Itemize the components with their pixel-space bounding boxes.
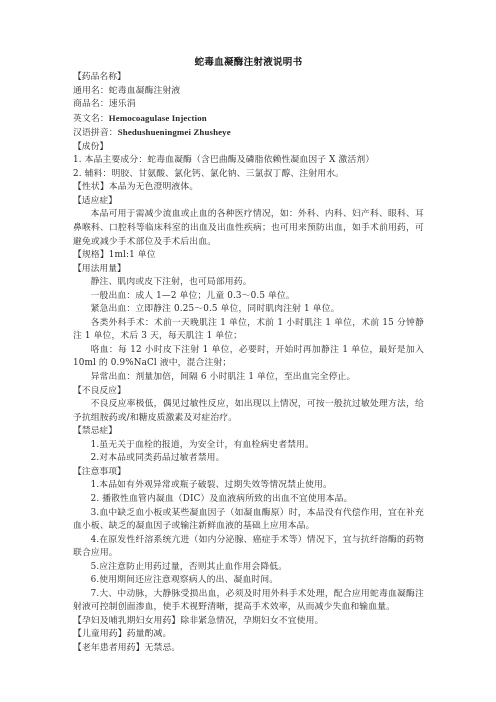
description-text: 本品为无色澄明液体。 <box>109 182 198 192</box>
description-row: 【性状】本品为无色澄明液体。 <box>73 181 424 195</box>
section-heading-contraindications: 【禁忌症】 <box>73 425 424 439</box>
specification-text: 1ml:1 单位 <box>109 250 156 260</box>
precaution-item: 2. 播散性血管内凝血（DIC）及血液病所致的出血不宜使用本品。 <box>73 493 424 507</box>
section-heading-specification: 【规格】 <box>73 250 109 260</box>
precaution-item: 7.大、中动脉，大静脉受损出血，必须及时用外科手术处理，配合应用蛇毒血凝酶注射液… <box>73 588 424 615</box>
pediatric-row: 【儿童用药】药量酌减。 <box>73 628 424 642</box>
adverse-reactions-text: 不良反应率极低，偶见过敏性反应，如出现以上情况，可按一般抗过敏处理方法，给予抗组… <box>73 398 424 425</box>
pinyin-name-value: Shedushueningmei Zhusheye <box>118 127 231 137</box>
trade-name-label: 商品名： <box>73 99 109 109</box>
contraindication-item: 1.虽无关于血栓的报道，为安全计，有血栓病史者禁用。 <box>73 439 424 453</box>
section-heading-adverse-reactions: 【不良反应】 <box>73 385 424 399</box>
pinyin-name-label: 汉语拼音： <box>73 128 118 138</box>
specification-row: 【规格】1ml:1 单位 <box>73 249 424 263</box>
pregnancy-text: 除非紧急情况，孕期妇女不宜使用。 <box>180 616 323 626</box>
dosage-paragraph: 一般出血：成人 1—2 单位；儿童 0.3～0.5 单位。 <box>73 290 424 304</box>
section-heading-description: 【性状】 <box>73 182 109 192</box>
pregnancy-row: 【孕妇及哺乳期妇女用药】除非紧急情况，孕期妇女不宜使用。 <box>73 615 424 629</box>
document-title: 蛇毒血凝酶注射液说明书 <box>73 56 424 70</box>
precaution-item: 5.应注意防止用药过量，否则其止血作用会降低。 <box>73 561 424 575</box>
precaution-item: 4.在原发性纤溶系统亢进（如内分泌腺、癌症手术等）情况下，宜与抗纤溶酶的药物联合… <box>73 534 424 561</box>
contraindication-item: 2.对本品或同类药品过敏者禁用。 <box>73 452 424 466</box>
section-heading-indications: 【适应症】 <box>73 195 424 209</box>
dosage-paragraph: 静注、肌肉或皮下注射，也可局部用药。 <box>73 276 424 290</box>
english-name-label: 英文名： <box>73 114 109 124</box>
generic-name-label: 通用名： <box>73 86 109 96</box>
english-name-row: 英文名：Hemocoagulase Injection <box>73 112 424 127</box>
dosage-paragraph: 各类外科手术：术前一天晚肌注 1 单位，术前 1 小时肌注 1 单位，术前 15… <box>73 317 424 344</box>
dosage-paragraph: 异常出血：剂量加倍，间隔 6 小时肌注 1 单位，至出血完全停止。 <box>73 371 424 385</box>
precaution-item: 6.使用期间还应注意观察病人的出、凝血时间。 <box>73 574 424 588</box>
pinyin-name-row: 汉语拼音：Shedushueningmei Zhusheye <box>73 126 424 141</box>
section-heading-geriatric: 【老年患者用药】 <box>73 643 145 653</box>
section-heading-dosage: 【用法用量】 <box>73 263 424 277</box>
section-heading-pregnancy: 【孕妇及哺乳期妇女用药】 <box>73 616 180 626</box>
geriatric-text: 无禁忌。 <box>145 643 181 653</box>
precaution-item: 3.血中缺乏血小板或某些凝血因子（如凝血酶原）时，本品没有代偿作用，宜在补充血小… <box>73 507 424 534</box>
indications-text: 本品可用于需减少流血或止血的各种医疗情况，如：外科、内科、妇产科、眼科、耳鼻喉科… <box>73 208 424 249</box>
trade-name-value: 速乐涓 <box>109 99 136 109</box>
trade-name-row: 商品名：速乐涓 <box>73 98 424 112</box>
section-heading-drug-name: 【药品名称】 <box>73 71 424 85</box>
section-heading-pediatric: 【儿童用药】 <box>73 629 127 639</box>
section-heading-composition: 【成份】 <box>73 141 424 155</box>
precaution-item: 1.本品如有外观异常或瓶子破裂、过期失效等情况禁止使用。 <box>73 479 424 493</box>
english-name-value: Hemocoagulase Injection <box>109 113 207 123</box>
section-heading-precautions: 【注意事项】 <box>73 466 424 480</box>
document-page: 蛇毒血凝酶注射液说明书 【药品名称】 通用名：蛇毒血凝酶注射液 商品名：速乐涓 … <box>73 56 424 656</box>
geriatric-row: 【老年患者用药】无禁忌。 <box>73 642 424 656</box>
generic-name-row: 通用名：蛇毒血凝酶注射液 <box>73 85 424 99</box>
composition-item: 1. 本品主要成分：蛇毒血凝酶（含巴曲酶及磷脂依赖性凝血因子 X 激活剂） <box>73 154 424 168</box>
generic-name-value: 蛇毒血凝酶注射液 <box>109 86 181 96</box>
pediatric-text: 药量酌减。 <box>127 629 172 639</box>
composition-item: 2. 辅料：明胶、甘氨酸、氯化钙、氯化钠、三氯叔丁醇、注射用水。 <box>73 168 424 182</box>
dosage-paragraph: 咯血：每 12 小时皮下注射 1 单位，必要时，开始时再加静注 1 单位，最好是… <box>73 344 424 371</box>
dosage-paragraph: 紧急出血：立即静注 0.25～0.5 单位，同时肌肉注射 1 单位。 <box>73 303 424 317</box>
